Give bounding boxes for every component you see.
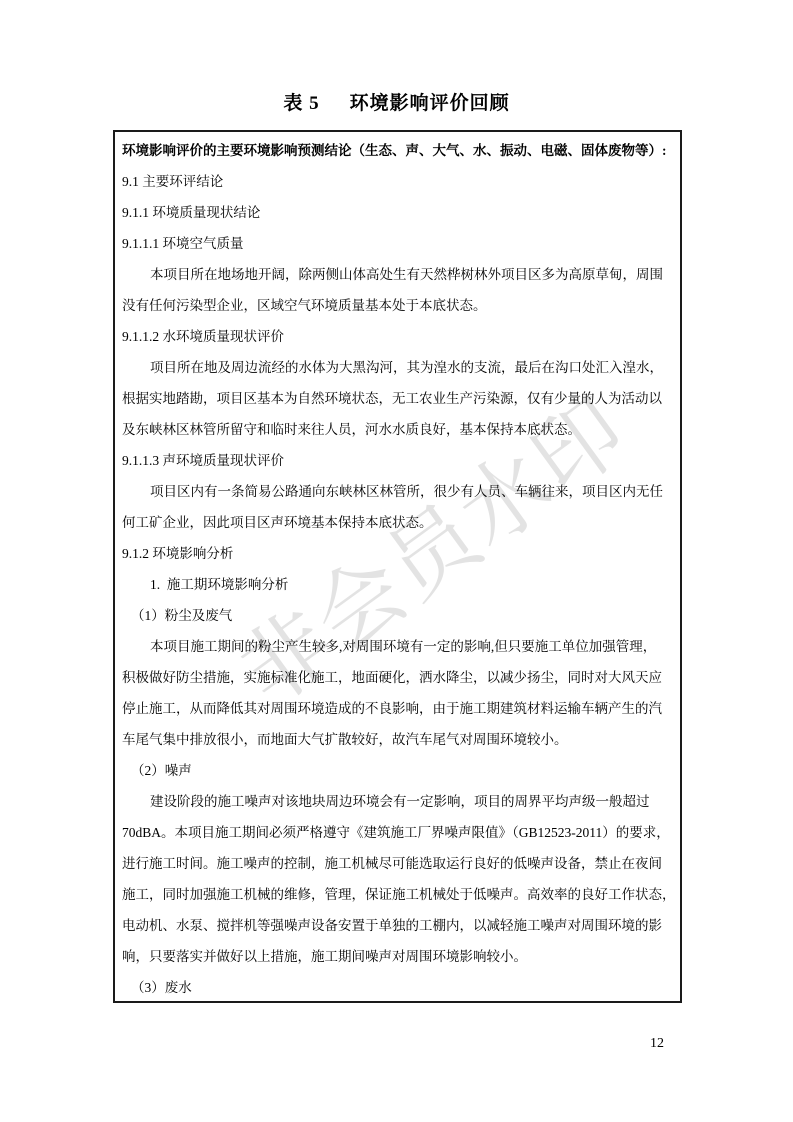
- table-line: 项目所在地及周边流经的水体为大黑沟河，其为湟水的支流，最后在沟口处汇入湟水，: [122, 352, 673, 383]
- assessment-review-table: 环境影响评价的主要环境影响预测结论（生态、声、大气、水、振动、电磁、固体废物等）…: [113, 130, 682, 1003]
- table-line: 建设阶段的施工噪声对该地块周边环境会有一定影响，项目的周界平均声级一般超过: [122, 786, 673, 817]
- table-line: 项目区内有一条简易公路通向东峡林区林管所，很少有人员、车辆往来，项目区内无任: [122, 476, 673, 507]
- table-line: 9.1.1 环境质量现状结论: [122, 197, 673, 228]
- table-line: 9.1.2 环境影响分析: [122, 538, 673, 569]
- table-title-text: 环境影响评价回顾: [350, 93, 510, 114]
- table-line: （3）废水: [122, 972, 673, 1003]
- table-line: 9.1.1.1 环境空气质量: [122, 228, 673, 259]
- table-line: 没有任何污染型企业，区域空气环境质量基本处于本底状态。: [122, 290, 673, 321]
- table-line: 何工矿企业，因此项目区声环境基本保持本底状态。: [122, 507, 673, 538]
- table-line: 积极做好防尘措施，实施标准化施工，地面硬化，洒水降尘，以减少扬尘，同时对大风天应: [122, 662, 673, 693]
- table-line: 根据实地踏勘，项目区基本为自然环境状态，无工农业生产污染源，仅有少量的人为活动以: [122, 383, 673, 414]
- table-line: 本项目所在地场地开阔，除两侧山体高处生有天然桦树林外项目区多为高原草甸，周围: [122, 259, 673, 290]
- table-line: 本项目施工期间的粉尘产生较多,对周围环境有一定的影响,但只要施工单位加强管理，: [122, 631, 673, 662]
- table-cell: 环境影响评价的主要环境影响预测结论（生态、声、大气、水、振动、电磁、固体废物等）…: [122, 135, 673, 1003]
- page-title: 表 5环境影响评价回顾: [0, 88, 793, 115]
- table-line: 响，只要落实并做好以上措施，施工期间噪声对周围环境影响较小。: [122, 941, 673, 972]
- table-line: （2）噪声: [122, 755, 673, 786]
- table-line: 70dBA。本项目施工期间必须严格遵守《建筑施工厂界噪声限值》（GB12523-…: [122, 817, 673, 848]
- table-line: 施工，同时加强施工机械的维修，管理，保证施工机械处于低噪声。高效率的良好工作状态…: [122, 879, 673, 910]
- table-line: 停止施工，从而降低其对周围环境造成的不良影响，由于施工期建筑材料运输车辆产生的汽: [122, 693, 673, 724]
- table-line: 电动机、水泵、搅拌机等强噪声设备安置于单独的工棚内，以减轻施工噪声对周围环境的影: [122, 910, 673, 941]
- table-line: 9.1.1.2 水环境质量现状评价: [122, 321, 673, 352]
- table-line: 1. 施工期环境影响分析: [122, 569, 673, 600]
- table-number-label: 表 5: [283, 93, 319, 114]
- table-line: 环境影响评价的主要环境影响预测结论（生态、声、大气、水、振动、电磁、固体废物等）…: [122, 135, 673, 166]
- table-line: 9.1.1.3 声环境质量现状评价: [122, 445, 673, 476]
- table-line: 车尾气集中排放很小，而地面大气扩散较好，故汽车尾气对周围环境较小。: [122, 724, 673, 755]
- table-line: 及东峡林区林管所留守和临时来往人员，河水水质良好，基本保持本底状态。: [122, 414, 673, 445]
- table-line: （1）粉尘及废气: [122, 600, 673, 631]
- table-line: 9.1 主要环评结论: [122, 166, 673, 197]
- page-number: 12: [650, 1036, 664, 1052]
- table-line: 进行施工时间。施工噪声的控制，施工机械尽可能选取运行良好的低噪声设备，禁止在夜间: [122, 848, 673, 879]
